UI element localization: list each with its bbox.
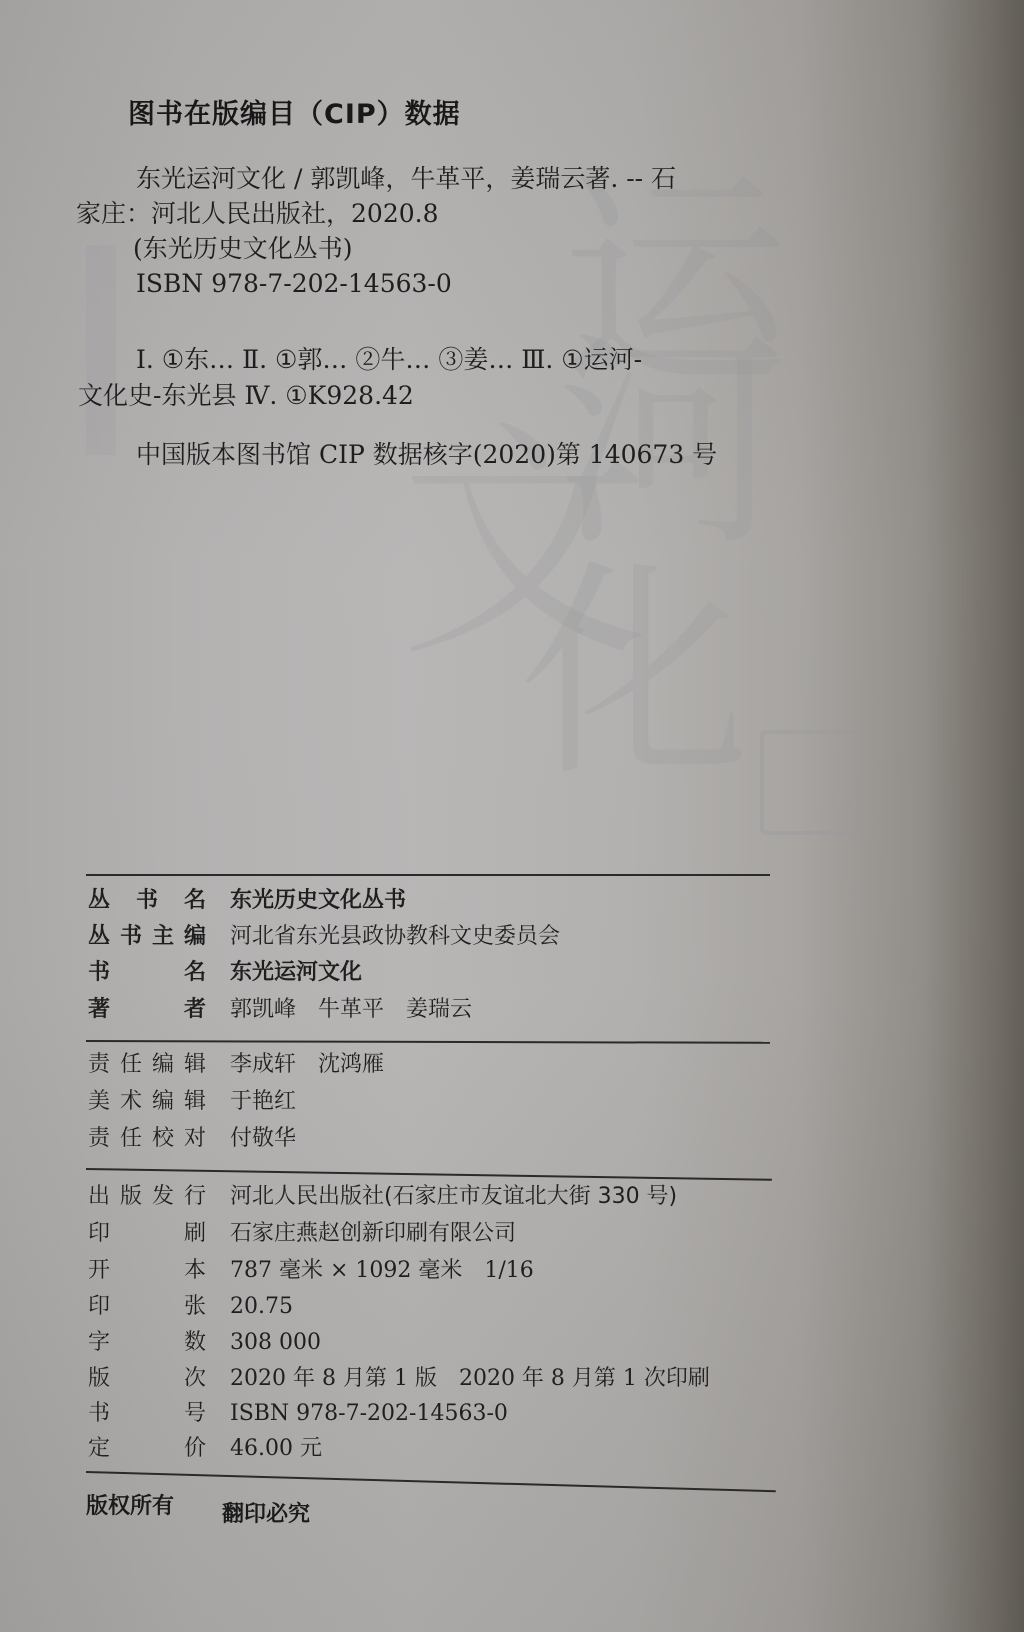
seal-stamp-icon [760,730,860,835]
cip-line-classification: 文化史-东光县 Ⅳ. ①K928.42 [78,383,414,408]
cip-line-record-number: 中国版本图书馆 CIP 数据核字(2020)第 140673 号 [136,442,717,467]
value: 20.75 [230,1296,293,1318]
cip-line-isbn: ISBN 978-7-202-14563-0 [136,271,452,296]
row-art-editor: 美 术 编 辑 于艳红 [88,1091,296,1113]
label: 书 号 [88,1403,206,1425]
label: 定 价 [88,1438,206,1460]
value: 787 毫米 × 1092 毫米 1/16 [230,1260,534,1282]
label: 书 名 [88,962,206,984]
row-word-count: 字 数 308 000 [88,1332,321,1354]
label: 印 张 [88,1296,206,1318]
value: 河北省东光县政协教科文史委员会 [230,926,560,948]
value: 石家庄燕赵创新印刷有限公司 [230,1223,516,1245]
value: 2020 年 8 月第 1 版 2020 年 8 月第 1 次印刷 [230,1368,710,1390]
label: 著 者 [88,999,206,1021]
row-authors: 著 者 郭凯峰 牛革平 姜瑞云 [88,999,472,1021]
cip-line-subjects: Ⅰ. ①东… Ⅱ. ①郭… ②牛… ③姜… Ⅲ. ①运河- [136,347,642,372]
label: 责 任 校 对 [88,1128,206,1150]
label: 丛 书 名 [88,890,206,912]
value: 东光运河文化 [230,962,362,984]
label: 责 任 编 辑 [88,1054,206,1076]
row-publisher: 出 版 发 行 河北人民出版社(石家庄市友谊北大街 330 号) [88,1186,677,1208]
value: 46.00 元 [230,1438,322,1460]
divider-rule [86,1471,776,1492]
value: 李成轩 沈鸿雁 [230,1054,384,1076]
label: 美 术 编 辑 [88,1091,206,1113]
row-isbn: 书 号 ISBN 978-7-202-14563-0 [88,1403,508,1425]
copyright-notice: 版权所有 [86,1489,174,1520]
divider-rule [86,1168,772,1181]
cip-line-title: 东光运河文化 / 郭凯峰，牛革平，姜瑞云著. -- 石 [136,166,676,191]
row-responsible-editors: 责 任 编 辑 李成轩 沈鸿雁 [88,1054,384,1076]
row-series-editor: 丛 书 主 编 河北省东光县政协教科文史委员会 [88,926,560,948]
cip-title: 图书在版编目（CIP）数据 [128,92,461,131]
value: 东光历史文化丛书 [230,890,406,912]
label: 出 版 发 行 [88,1186,206,1208]
row-edition: 版 次 2020 年 8 月第 1 版 2020 年 8 月第 1 次印刷 [88,1368,710,1390]
divider-rule [86,1040,770,1044]
row-book-title: 书 名 东光运河文化 [88,962,362,984]
value: 于艳红 [230,1091,296,1113]
cip-line-series: (东光历史文化丛书) [133,236,353,261]
label: 版 次 [88,1368,206,1390]
row-proofreader: 责 任 校 对 付敬华 [88,1128,296,1150]
label: 字 数 [88,1332,206,1354]
row-format: 开 本 787 毫米 × 1092 毫米 1/16 [88,1260,534,1282]
row-printer: 印 刷 石家庄燕赵创新印刷有限公司 [88,1223,516,1245]
divider-rule [86,874,770,876]
row-printed-sheets: 印 张 20.75 [88,1296,293,1318]
value: 河北人民出版社(石家庄市友谊北大街 330 号) [230,1186,677,1208]
row-price: 定 价 46.00 元 [88,1438,322,1460]
label: 印 刷 [88,1223,206,1245]
label: 丛 书 主 编 [88,926,206,948]
value: ISBN 978-7-202-14563-0 [230,1403,508,1425]
cip-line-publisher: 家庄：河北人民出版社，2020.8 [76,201,438,226]
row-series-name: 丛 书 名 东光历史文化丛书 [88,890,406,912]
label: 开 本 [88,1260,206,1282]
watermark-char: 化 [520,560,750,790]
value: 郭凯峰 牛革平 姜瑞云 [230,999,472,1021]
piracy-warning: 翻印必究 [222,1497,310,1528]
value: 付敬华 [230,1128,296,1150]
watermark-bar [86,245,116,455]
value: 308 000 [230,1332,321,1354]
